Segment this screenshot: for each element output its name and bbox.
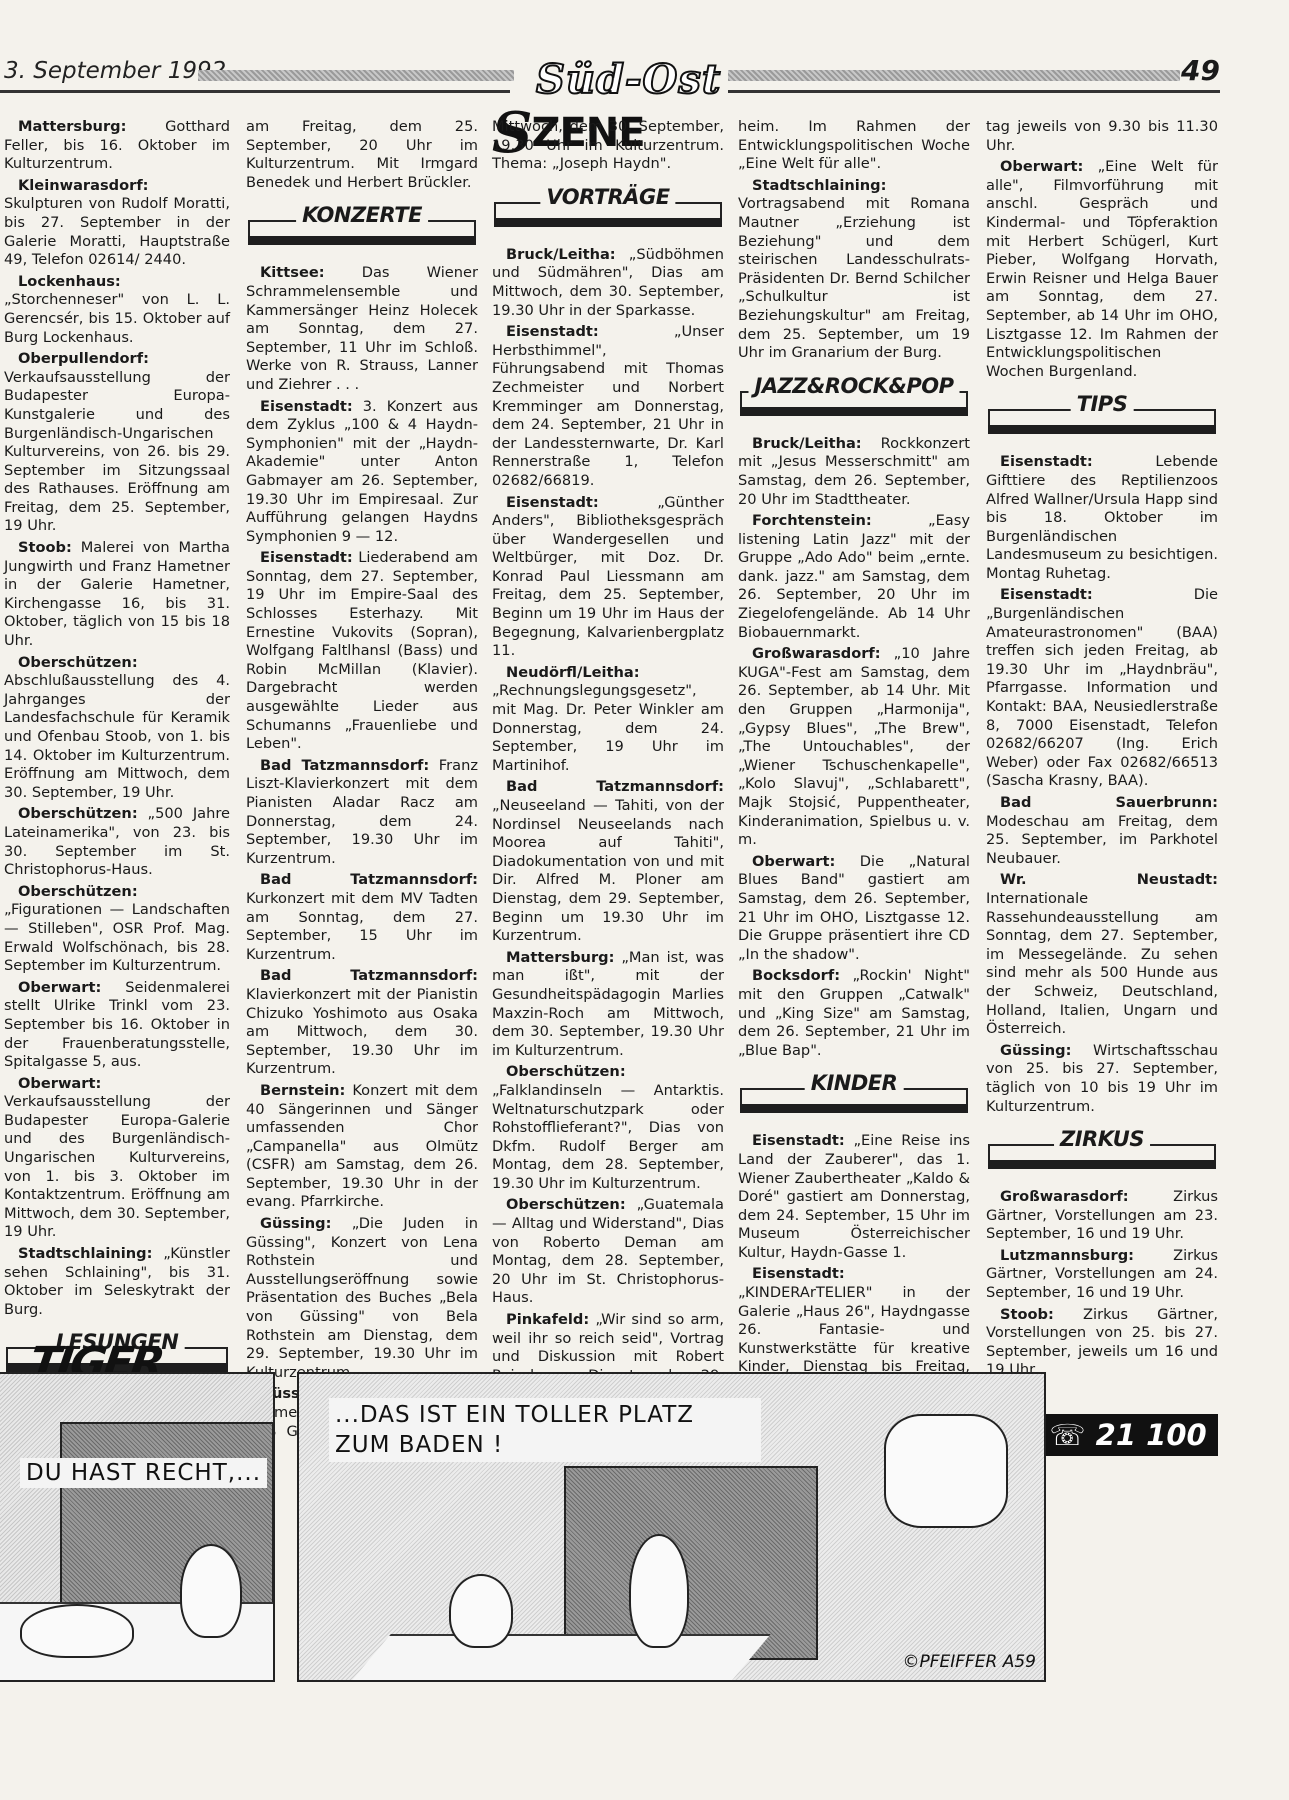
event-location: Bruck/Leitha: — [752, 435, 862, 452]
event-description: „Neuseeland — Tahiti, von der Nordinsel … — [492, 797, 724, 944]
event-location: Großwarasdorf: — [1000, 1188, 1129, 1205]
event-entry: Oberwart: Verkaufsausstellung der Budape… — [4, 1075, 230, 1242]
event-entry: Großwarasdorf: Zirkus Gärtner, Vorstellu… — [986, 1188, 1218, 1244]
section-heading: VORTRÄGE — [492, 190, 724, 230]
issue-date: 3. September 1992 — [4, 58, 226, 84]
event-location: Oberschützen: — [18, 805, 138, 822]
event-location: Eisenstadt: — [1000, 453, 1093, 470]
event-description: „Storchenneser" von L. L. Gerencsér, bis… — [4, 291, 230, 345]
event-entry: Lockenhaus: „Storchenneser" von L. L. Ge… — [4, 273, 230, 347]
event-location: Eisenstadt: — [260, 549, 353, 566]
event-location: Eisenstadt: — [506, 323, 599, 340]
event-description: heim. Im Rahmen der Entwicklungspolitisc… — [738, 118, 970, 172]
section-bar — [740, 407, 968, 416]
event-entry: Bruck/Leitha: Rockkonzert mit „Jesus Mes… — [738, 435, 970, 509]
event-description: 3. Konzert aus dem Zyklus „100 & 4 Haydn… — [246, 398, 478, 545]
section-bar — [988, 425, 1216, 434]
event-entry: Bad Sauerbrunn: Modeschau am Freitag, de… — [986, 794, 1218, 868]
comic-panel-2: ...DAS IST EIN TOLLER PLATZ ZUM BADEN ! … — [297, 1372, 1046, 1682]
event-entry: Kleinwarasdorf: Skulpturen von Rudolf Mo… — [4, 177, 230, 270]
entry-continuation: tag jeweils von 9.30 bis 11.30 Uhr. — [986, 118, 1218, 155]
event-location: Mattersburg: — [18, 118, 126, 135]
comic-panel-1: DU HAST RECHT,... — [0, 1372, 275, 1682]
event-description: „Easy listening Latin Jazz" mit der Grup… — [738, 512, 970, 641]
event-description: Kurkonzert mit dem MV Tadten am Sonntag,… — [246, 890, 478, 963]
event-location: Forchtenstein: — [752, 512, 872, 529]
section-title: TIPS — [1071, 395, 1134, 414]
event-entry: Oberpullendorf: Verkaufsausstellung der … — [4, 350, 230, 536]
event-description: „Figurationen — Landschaften — Stilleben… — [4, 901, 230, 974]
event-description: Das Wiener Schrammelensemble und Kammers… — [246, 264, 478, 393]
event-description: „Rechnungslegungsgesetz", mit Mag. Dr. P… — [492, 682, 724, 773]
event-location: Oberschützen: — [506, 1196, 626, 1213]
event-description: Mittwoch, dem 30. September, 19.30 Uhr i… — [492, 118, 724, 172]
section-title: KONZERTE — [296, 206, 428, 225]
event-entry: Stadtschlaining: „Künstler sehen Schlain… — [4, 1245, 230, 1319]
section-bar — [494, 218, 722, 227]
horse-riders — [884, 1414, 1008, 1528]
event-entry: Oberschützen: „Guatemala — Alltag und Wi… — [492, 1196, 724, 1308]
event-entry: Stoob: Zirkus Gärtner, Vorstellungen von… — [986, 1306, 1218, 1380]
event-description: „Eine Reise ins Land der Zauberer", das … — [738, 1132, 970, 1261]
event-location: Eisenstadt: — [260, 398, 353, 415]
event-description: Abschlußausstellung des 4. Jahrganges de… — [4, 672, 230, 801]
event-description: Klavierkonzert mit der Pianistin Chizuko… — [246, 986, 478, 1077]
event-location: Eisenstadt: — [1000, 586, 1093, 603]
section-title: JAZZ&ROCK&POP — [749, 377, 960, 396]
event-location: Oberwart: — [1000, 158, 1083, 175]
event-entry: Wr. Neustadt: Internationale Rassehundea… — [986, 871, 1218, 1038]
speech-bubble-2: ...DAS IST EIN TOLLER PLATZ ZUM BADEN ! — [329, 1398, 761, 1462]
event-entry: Oberwart: Die „Natural Blues Band" gasti… — [738, 853, 970, 965]
section-heading: TIPS — [986, 397, 1218, 437]
event-entry: Oberschützen: Abschlußausstellung des 4.… — [4, 654, 230, 803]
hedge-wall — [564, 1466, 818, 1660]
event-location: Oberwart: — [18, 1075, 101, 1092]
header-line-right — [728, 90, 1220, 93]
event-description: „Unser Herbsthimmel", Führungsabend mit … — [492, 323, 724, 489]
entry-continuation: heim. Im Rahmen der Entwicklungspolitisc… — [738, 118, 970, 174]
event-description: am Freitag, dem 25. September, 20 Uhr im… — [246, 118, 478, 191]
entry-continuation: Mittwoch, dem 30. September, 19.30 Uhr i… — [492, 118, 724, 174]
column-1: Mattersburg: Gotthard Feller, bis 16. Ok… — [4, 118, 230, 1450]
event-description: Verkaufsausstellung der Budapester Europ… — [4, 1093, 230, 1240]
column-3: Mittwoch, dem 30. September, 19.30 Uhr i… — [492, 118, 724, 1407]
event-location: Stoob: — [1000, 1306, 1054, 1323]
entry-continuation: am Freitag, dem 25. September, 20 Uhr im… — [246, 118, 478, 192]
tiger-dog-figure — [449, 1574, 513, 1648]
event-description: „Falklandinseln — Antarktis. Weltnatursc… — [492, 1082, 724, 1192]
event-entry: Oberschützen: „Figurationen — Landschaft… — [4, 883, 230, 976]
event-entry: Bocksdorf: „Rockin' Night" mit den Grupp… — [738, 967, 970, 1060]
event-entry: Oberwart: Seidenmalerei stellt Ulrike Tr… — [4, 979, 230, 1072]
section-heading: KONZERTE — [246, 208, 478, 248]
section-title: KINDER — [805, 1074, 904, 1093]
event-location: Bocksdorf: — [752, 967, 840, 984]
event-location: Stadtschlaining: — [752, 177, 886, 194]
section-bar — [248, 236, 476, 245]
event-location: Eisenstadt: — [752, 1132, 845, 1149]
event-description: Internationale Rassehundeausstellung am … — [986, 890, 1218, 1037]
event-location: Bruck/Leitha: — [506, 246, 616, 263]
event-description: Konzert mit dem 40 Sängerinnen und Sänge… — [246, 1082, 478, 1211]
event-entry: Eisenstadt: „Unser Herbsthimmel", Führun… — [492, 323, 724, 490]
event-entry: Stadtschlaining: Vortragsabend mit Roman… — [738, 177, 970, 363]
event-entry: Mattersburg: „Man ist, was man ißt", mit… — [492, 949, 724, 1061]
event-entry: Forchtenstein: „Easy listening Latin Jaz… — [738, 512, 970, 642]
tiger-dog-figure — [20, 1604, 134, 1658]
section-title: ZIRKUS — [1054, 1130, 1150, 1149]
event-entry: Eisenstadt: 3. Konzert aus dem Zyklus „1… — [246, 398, 478, 547]
event-location: Kittsee: — [260, 264, 325, 281]
event-entry: Bad Tatzmannsdorf: Franz Liszt-Klavierko… — [246, 757, 478, 869]
header-rule-right — [728, 70, 1180, 81]
section-heading: JAZZ&ROCK&POP — [738, 379, 970, 419]
event-description: „Eine Welt für alle", Filmvorführung mit… — [986, 158, 1218, 380]
event-location: Lockenhaus: — [18, 273, 121, 290]
boy-figure — [180, 1544, 242, 1638]
event-entry: Bruck/Leitha: „Südböhmen und Südmähren",… — [492, 246, 724, 320]
event-entry: Großwarasdorf: „10 Jahre KUGA"-Fest am S… — [738, 645, 970, 850]
event-location: Bad Tatzmannsdorf: — [506, 778, 724, 795]
event-description: Liederabend am Sonntag, dem 27. Septembe… — [246, 549, 478, 752]
event-entry: Eisenstadt: „Günther Anders", Bibliothek… — [492, 494, 724, 661]
column-2: am Freitag, dem 25. September, 20 Uhr im… — [246, 118, 478, 1463]
event-location: Großwarasdorf: — [752, 645, 881, 662]
section-heading: ZIRKUS — [986, 1132, 1218, 1172]
event-location: Eisenstadt: — [506, 494, 599, 511]
event-location: Bad Tatzmannsdorf: — [260, 967, 478, 984]
event-location: Güssing: — [260, 1215, 331, 1232]
event-entry: Bernstein: Konzert mit dem 40 Sängerinne… — [246, 1082, 478, 1212]
event-location: Bad Sauerbrunn: — [1000, 794, 1218, 811]
event-entry: Eisenstadt: Die „Burgenländischen Amateu… — [986, 586, 1218, 791]
event-description: „Die Juden in Güssing", Konzert von Lena… — [246, 1215, 478, 1381]
column-4: heim. Im Rahmen der Entwicklungspolitisc… — [738, 118, 970, 1417]
event-description: „10 Jahre KUGA"-Fest am Samstag, dem 26.… — [738, 645, 970, 848]
header-line-left — [0, 90, 510, 93]
event-location: Pinkafeld: — [506, 1311, 589, 1328]
event-description: Lebende Gifttiere des Reptilienzoos Alfr… — [986, 453, 1218, 582]
event-location: Eisenstadt: — [752, 1265, 845, 1282]
event-location: Bad Tatzmannsdorf: — [260, 871, 478, 888]
event-description: Skulpturen von Rudolf Moratti, bis 27. S… — [4, 195, 230, 268]
event-entry: Bad Tatzmannsdorf: Klavierkonzert mit de… — [246, 967, 478, 1079]
event-entry: Eisenstadt: Lebende Gifttiere des Reptil… — [986, 453, 1218, 583]
event-description: „Günther Anders", Bibliotheksgespräch üb… — [492, 494, 724, 660]
event-entry: Lutzmannsburg: Zirkus Gärtner, Vorstellu… — [986, 1247, 1218, 1303]
boy-figure — [629, 1534, 689, 1648]
event-location: Oberpullendorf: — [18, 350, 149, 367]
event-location: Bernstein: — [260, 1082, 345, 1099]
event-location: Oberwart: — [752, 853, 835, 870]
event-entry: Eisenstadt: Liederabend am Sonntag, dem … — [246, 549, 478, 754]
event-location: Oberschützen: — [506, 1063, 626, 1080]
event-location: Stadtschlaining: — [18, 1245, 152, 1262]
event-entry: Bad Tatzmannsdorf: „Neuseeland — Tahiti,… — [492, 778, 724, 945]
event-entry: Güssing: „Die Juden in Güssing", Konzert… — [246, 1215, 478, 1382]
event-location: Oberschützen: — [18, 883, 138, 900]
event-entry: Mattersburg: Gotthard Feller, bis 16. Ok… — [4, 118, 230, 174]
event-entry: Stoob: Malerei von Martha Jungwirth und … — [4, 539, 230, 651]
event-location: Lutzmannsburg: — [1000, 1247, 1134, 1264]
column-5: tag jeweils von 9.30 bis 11.30 Uhr.Oberw… — [986, 118, 1218, 1456]
event-entry: Kittsee: Das Wiener Schrammelensemble un… — [246, 264, 478, 394]
event-location: Güssing: — [1000, 1042, 1071, 1059]
event-entry: Oberschützen: „Falklandinseln — Antarkti… — [492, 1063, 724, 1193]
event-description: tag jeweils von 9.30 bis 11.30 Uhr. — [986, 118, 1218, 154]
section-bar — [740, 1104, 968, 1113]
event-description: Die „Burgenländischen Amateurastronomen"… — [986, 586, 1218, 789]
event-entry: Oberwart: „Eine Welt für alle", Filmvorf… — [986, 158, 1218, 381]
event-entry: Bad Tatzmannsdorf: Kurkonzert mit dem MV… — [246, 871, 478, 964]
event-description: Verkaufsausstellung der Budapester Europ… — [4, 369, 230, 535]
event-location: Oberschützen: — [18, 654, 138, 671]
section-heading: KINDER — [738, 1076, 970, 1116]
event-entry: Neudörfl/Leitha: „Rechnungslegungsgesetz… — [492, 664, 724, 776]
event-description: Modeschau am Freitag, dem 25. September,… — [986, 813, 1218, 867]
event-entry: Oberschützen: „500 Jahre Lateinamerika",… — [4, 805, 230, 879]
event-location: Neudörfl/Leitha: — [506, 664, 640, 681]
pond-water — [347, 1634, 771, 1682]
event-entry: Güssing: Wirtschaftsschau von 25. bis 27… — [986, 1042, 1218, 1116]
speech-bubble-1: DU HAST RECHT,... — [20, 1458, 267, 1488]
page-number: 49 — [1181, 54, 1220, 87]
artist-signature: ©PFEIFFER A59 — [902, 1652, 1036, 1672]
event-location: Mattersburg: — [506, 949, 614, 966]
event-location: Stoob: — [18, 539, 72, 556]
section-title: VORTRÄGE — [540, 188, 675, 207]
event-entry: Eisenstadt: „Eine Reise ins Land der Zau… — [738, 1132, 970, 1262]
event-location: Bad Tatzmannsdorf: — [260, 757, 429, 774]
section-bar — [988, 1160, 1216, 1169]
event-description: Vortragsabend mit Romana Mautner „Erzieh… — [738, 195, 970, 361]
header-rule-left — [198, 70, 514, 81]
event-location: Kleinwarasdorf: — [18, 177, 149, 194]
event-location: Oberwart: — [18, 979, 101, 996]
event-location: Wr. Neustadt: — [1000, 871, 1218, 888]
